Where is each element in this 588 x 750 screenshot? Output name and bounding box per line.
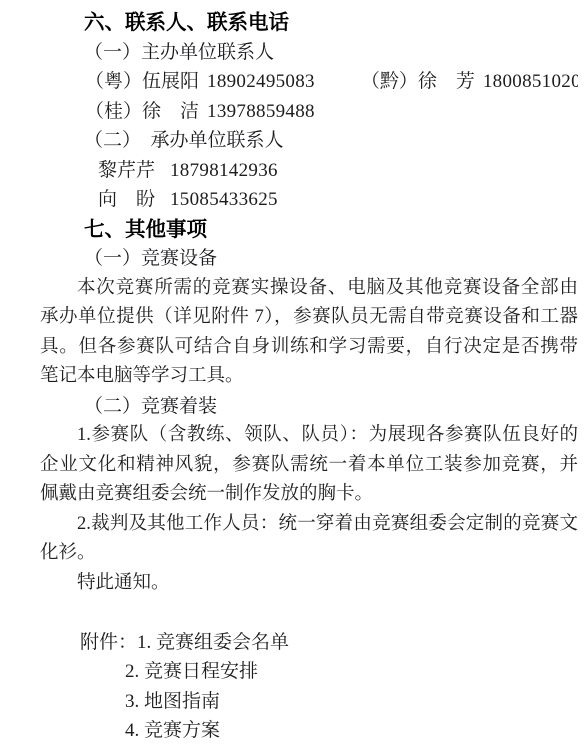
attachment-item: 2. 竞赛日程安排 — [125, 657, 578, 687]
undertaker-contact-row-1: 黎芹芹18798142936 — [98, 156, 578, 186]
contact-name: 向 盼 — [98, 185, 156, 215]
undertaker-subheading: （二） 承办单位联系人 — [84, 126, 578, 156]
section-seven-heading: 七、其他事项 — [84, 215, 578, 245]
contact-phone: 15085433625 — [170, 189, 278, 210]
organizer-contacts-row-2: （桂）徐 洁13978859488 — [85, 97, 578, 127]
contact-phone: 18008510202 — [483, 71, 578, 92]
contact-region: （桂） — [85, 101, 142, 122]
attire-item1-line: 企业文化和精神风貌，参赛队需统一着本单位工装参加竞赛，并 — [40, 451, 578, 481]
attire-item2-line: 化衫。 — [40, 539, 578, 569]
equipment-paragraph-line: 本次竞赛所需的竞赛实操设备、电脑及其他竞赛设备全部由 — [40, 274, 578, 304]
contact-name: 黎芹芹 — [98, 156, 156, 186]
contact-phone: 13978859488 — [207, 101, 315, 122]
document-body: 六、联系人、联系电话 （一）主办单位联系人 （粤）伍展阳18902495083（… — [0, 0, 588, 746]
contact-entry: （粤）伍展阳18902495083 — [85, 71, 315, 92]
section-six-heading: 六、联系人、联系电话 — [84, 8, 578, 38]
contact-region: （黔） — [361, 71, 418, 92]
equipment-subheading: （一）竞赛设备 — [84, 244, 578, 274]
equipment-paragraph-line: 承办单位提供（详见附件 7），参赛队员无需自带竞赛设备和工器 — [40, 303, 578, 333]
contact-region: （粤） — [85, 71, 142, 92]
attachment-item: 1. 竞赛组委会名单 — [137, 632, 289, 653]
equipment-paragraph-line: 具。但各参赛队可结合自身训练和学习需要，自行决定是否携带 — [40, 333, 578, 363]
attachment-item: 3. 地图指南 — [125, 687, 578, 717]
organizer-subheading: （一）主办单位联系人 — [84, 38, 578, 68]
attachments-row-1: 附件：1. 竞赛组委会名单 — [80, 628, 578, 658]
attachment-item: 4. 竞赛方案 — [125, 716, 578, 746]
undertaker-contact-row-2: 向 盼15085433625 — [98, 185, 578, 215]
attire-item1-line: 佩戴由竞赛组委会统一制作发放的胸卡。 — [40, 480, 578, 510]
attire-subheading: （二）竞赛着装 — [84, 392, 578, 422]
closing-line: 特此通知。 — [40, 569, 578, 599]
contact-name: 伍展阳 — [142, 71, 199, 92]
blank-line — [40, 598, 578, 628]
notice-document-page: 六、联系人、联系电话 （一）主办单位联系人 （粤）伍展阳18902495083（… — [0, 0, 588, 750]
attire-item1-line: 1.参赛队（含教练、领队、队员）：为展现各参赛队伍良好的 — [40, 421, 578, 451]
contact-phone: 18798142936 — [170, 160, 278, 181]
contact-entry: （黔）徐 芳18008510202 — [361, 71, 578, 92]
contact-phone: 18902495083 — [207, 71, 315, 92]
attire-item2-line: 2.裁判及其他工作人员：统一穿着由竞赛组委会定制的竞赛文 — [40, 510, 578, 540]
contact-name: 徐 芳 — [418, 71, 475, 92]
contact-entry: （桂）徐 洁13978859488 — [85, 101, 315, 122]
organizer-contacts-row-1: （粤）伍展阳18902495083（黔）徐 芳18008510202 — [85, 67, 578, 97]
contact-name: 徐 洁 — [142, 101, 199, 122]
attachments-label: 附件： — [80, 632, 137, 653]
equipment-paragraph-line: 笔记本电脑等学习工具。 — [40, 362, 578, 392]
